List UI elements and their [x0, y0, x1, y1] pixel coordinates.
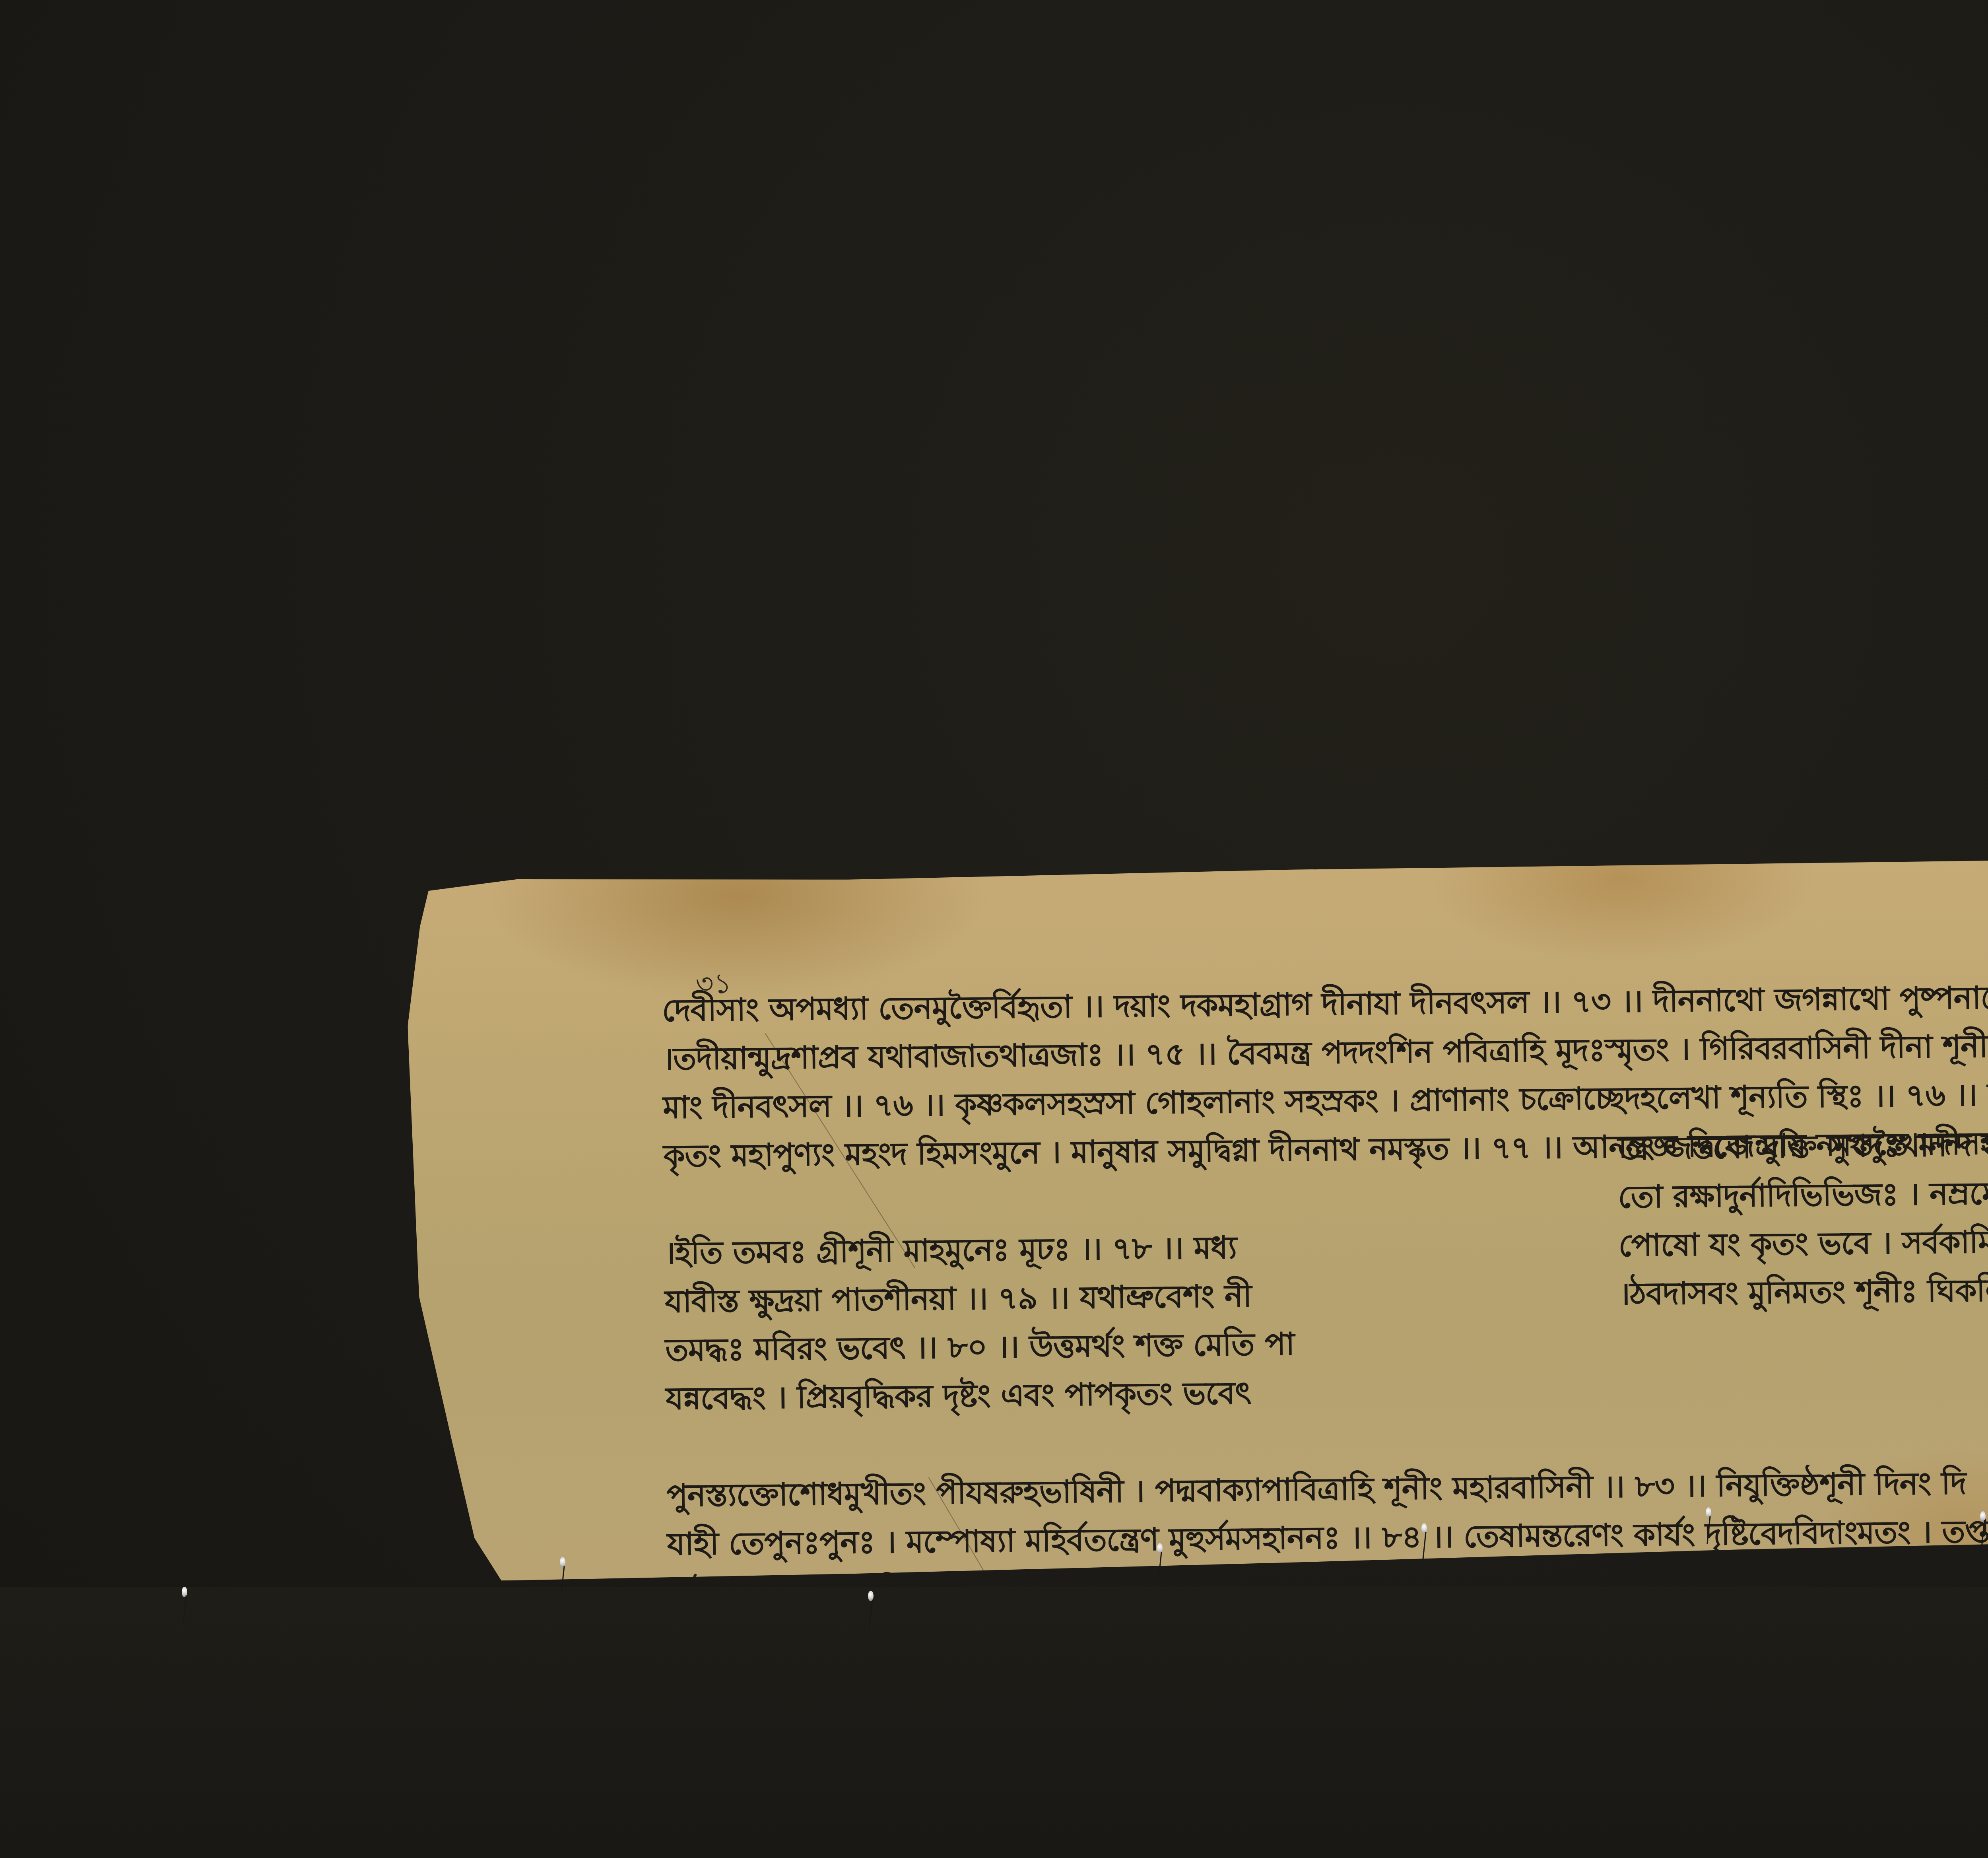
text-line: তো রক্ষাদুর্নাদিভিভিজঃ । নম্রমোযং কৃতং প… — [1618, 1167, 1988, 1222]
dark-cloth-background — [0, 1587, 1988, 1858]
text-line: পোষো যং কৃতং ভবে । সর্বকামিত্রংক্ষীরং কা… — [1618, 1216, 1988, 1270]
text-line: যন্নবেদ্ধং । প্রিয়বৃদ্ধিকর দৃষ্টং এবং প… — [666, 1368, 1295, 1423]
text-line: তমদ্ধঃ মবিরং ভবেৎ ।। ৮০ ।। উত্তমর্থং শক্… — [665, 1320, 1295, 1374]
photo-stage: ৩১ দেবাদেবোঃ দেবীসাং অপমধ্যা তেনমুক্তৈর্… — [0, 0, 1988, 1858]
text-line: ।ইতি তমবঃ গ্রীশূনী মাহমুনেঃ মূঢঃ ।। ৭৮ ।… — [664, 1223, 1293, 1277]
text-column-left: ।ইতি তমবঃ গ্রীশূনী মাহমুনেঃ মূঢঃ ।। ৭৮ ।… — [664, 1223, 1295, 1423]
pin-icon — [560, 1557, 565, 1567]
text-column-right: তং জন্তবো মুক্তি সুখদুঃখানন্দ শুদ্ধে । ত… — [1617, 1119, 1988, 1319]
pin-icon — [1157, 1543, 1163, 1553]
text-line: যাবীস্ত ক্ষুদ্রয়া পাতশীনয়া ।। ৭৯ ।। যথ… — [664, 1271, 1294, 1326]
pin-icon — [1421, 1523, 1427, 1533]
text-line: ।ঠবদাসবং মুনিমতং শূনীঃ ঘিকলিনী ।। ৮২ ।। — [1619, 1264, 1988, 1319]
text-line: তং জন্তবো মুক্তি সুখদুঃখানন্দ শুদ্ধে । ত… — [1617, 1119, 1988, 1173]
pin-icon — [1980, 1511, 1986, 1522]
manuscript-leaf: ৩১ দেবাদেবোঃ দেবীসাং অপমধ্যা তেনমুক্তৈর্… — [406, 848, 1988, 1581]
pin-icon — [868, 1591, 874, 1601]
pin-icon — [182, 1587, 187, 1597]
pin-icon — [1706, 1507, 1711, 1518]
